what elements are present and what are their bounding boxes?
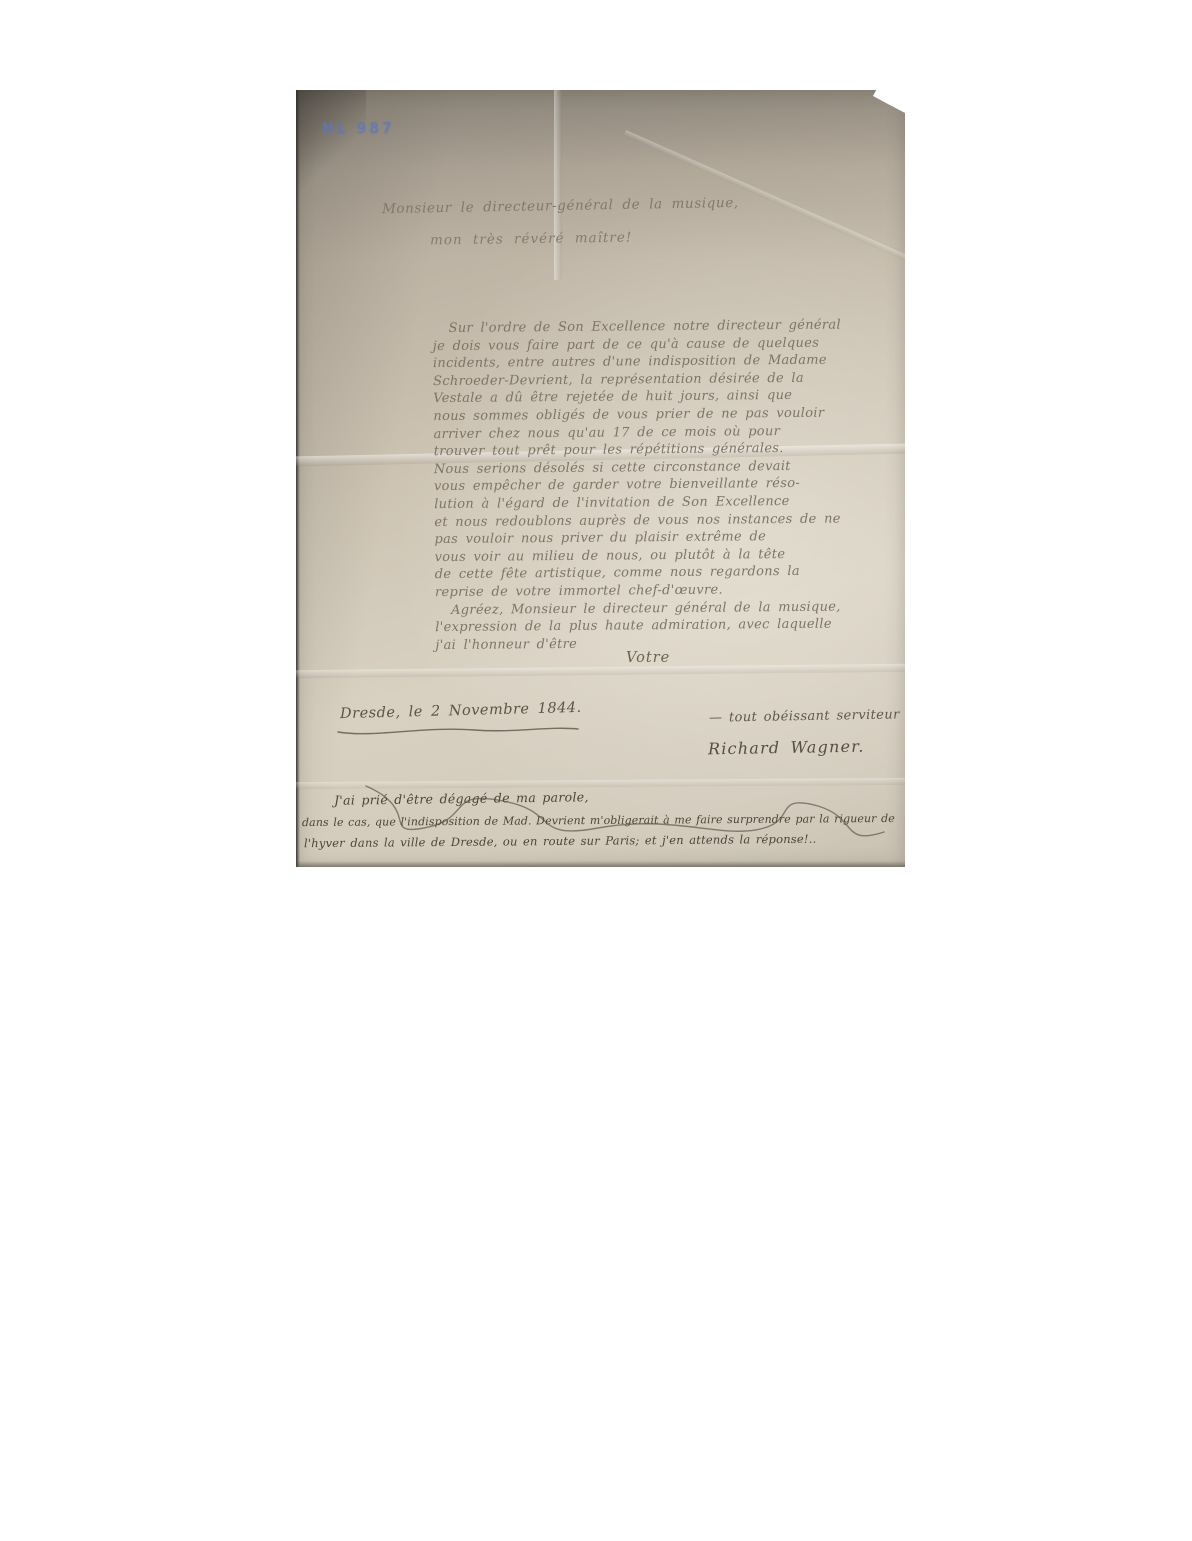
postscript-line-3: l'hyver dans la ville de Dresde, ou en r…: [304, 832, 817, 850]
valediction-votre: Votre: [626, 650, 670, 666]
paper-corner-notch: [873, 90, 905, 113]
fold-crease-vertical: [554, 90, 562, 280]
closing-line: — tout obéissant serviteur: [709, 707, 900, 725]
letter-photograph: HL 987 Monsieur le directeur-général de …: [296, 90, 905, 867]
postscript-line-1: J'ai prié d'être dégagé de ma parole,: [334, 789, 589, 808]
fold-crease-horizontal-lower: [296, 664, 905, 678]
signature-richard-wagner: Richard Wagner.: [708, 737, 865, 759]
salutation-line-2: mon très révéré maître!: [430, 230, 632, 249]
dateline: Dresde, le 2 Novembre 1844.: [340, 700, 582, 722]
photo-bottom-edge-shadow: [296, 861, 905, 867]
page-canvas: HL 987 Monsieur le directeur-général de …: [0, 0, 1192, 1541]
blue-accession-stamp: HL 987: [322, 120, 395, 138]
postscript-line-2: dans le cas, que l'indisposition de Mad.…: [302, 812, 895, 829]
letter-body: Sur l'ordre de Son Excellence notre dire…: [433, 316, 905, 654]
photo-top-left-shadow: [296, 90, 366, 200]
fold-crease-horizontal-bottom: [296, 778, 905, 789]
salutation-line-1: Monsieur le directeur-général de la musi…: [382, 195, 739, 217]
dateline-underline-flourish: [334, 722, 584, 742]
photo-left-edge-shadow: [296, 90, 300, 867]
